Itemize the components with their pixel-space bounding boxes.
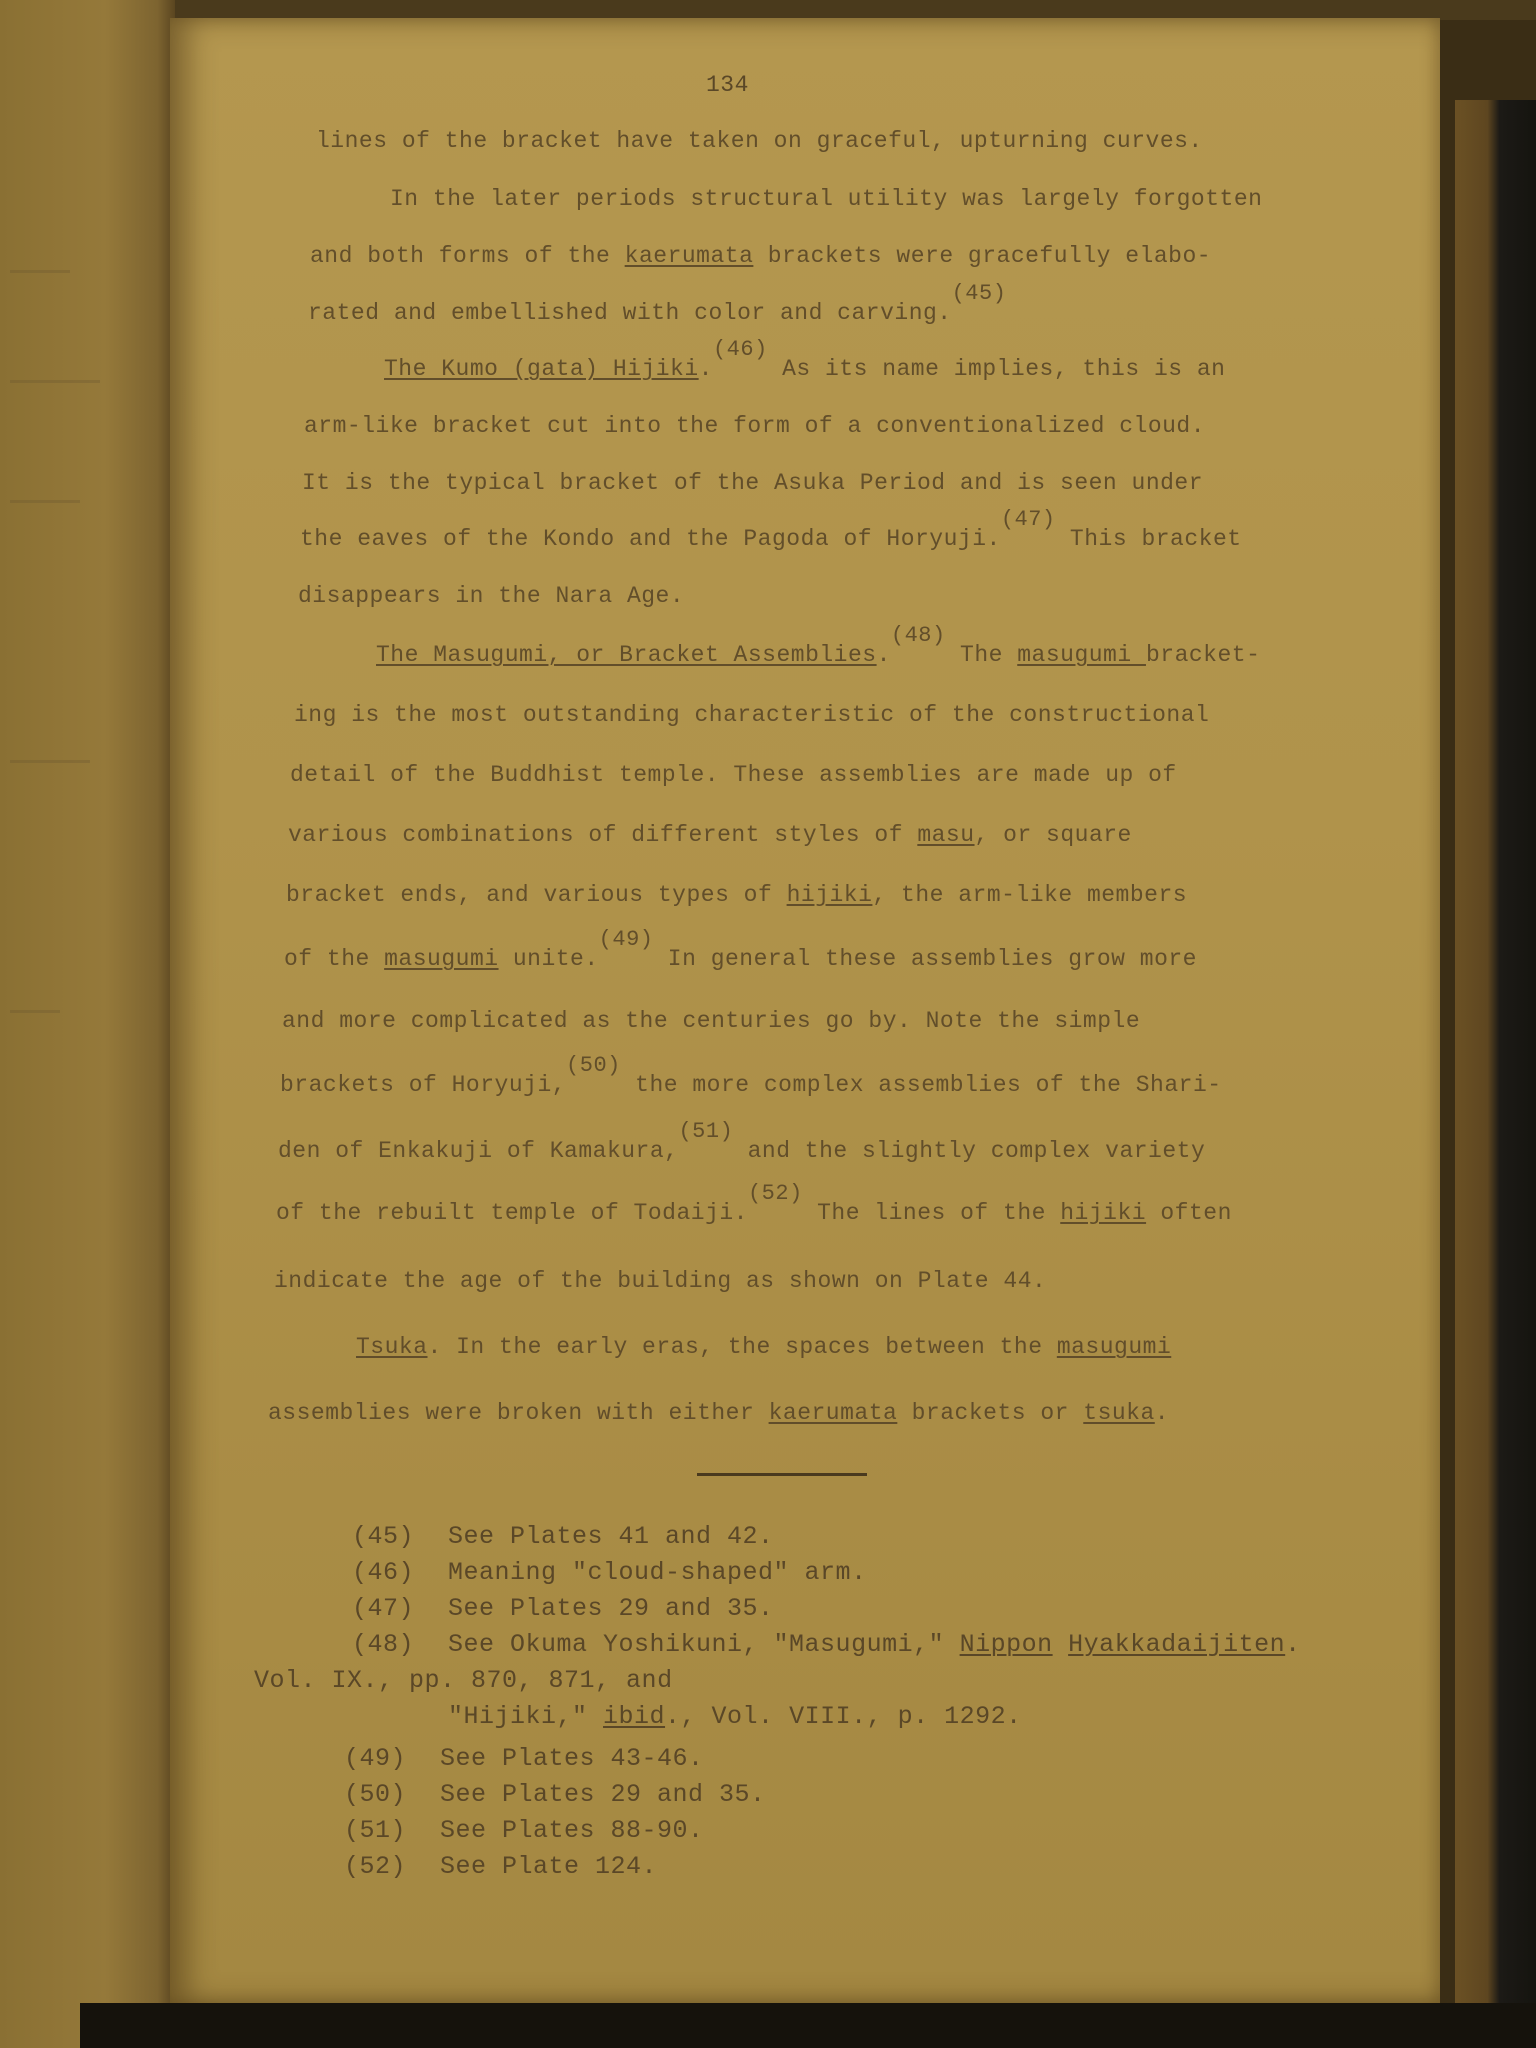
footnote-reference: (49): [599, 927, 654, 952]
underlined-term: The Masugumi, or Bracket Assemblies: [376, 642, 877, 668]
text-run: often: [1146, 1200, 1232, 1226]
body-line: bracket ends, and various types of hijik…: [286, 882, 1187, 908]
body-line: the eaves of the Kondo and the Pagoda of…: [300, 526, 1242, 552]
body-line: of the masugumi unite.(49) In general th…: [284, 946, 1197, 972]
body-line: lines of the bracket have taken on grace…: [316, 128, 1203, 154]
footnote-reference: (46): [713, 337, 768, 362]
text-run: In general these assemblies grow more: [653, 946, 1197, 972]
body-line: It is the typical bracket of the Asuka P…: [302, 470, 1203, 496]
text-run: indicate the age of the building as show…: [274, 1268, 1046, 1294]
text-run: .: [877, 642, 891, 668]
text-run: bracket-: [1146, 642, 1260, 668]
text-run: disappears in the Nara Age.: [298, 583, 684, 609]
footnote: "Hijiki," ibid., Vol. VIII., p. 1292.: [448, 1702, 1022, 1731]
underlined-term: kaerumata: [625, 243, 754, 269]
text-run: of the rebuilt temple of Todaiji.: [276, 1200, 748, 1226]
text-run: The: [946, 642, 1018, 668]
underlined-term: ibid: [603, 1702, 665, 1731]
footnote-reference: (50): [566, 1053, 621, 1078]
text-run: See Plates 41 and 42.: [448, 1522, 774, 1551]
underlined-term: masugumi: [1057, 1334, 1171, 1360]
text-run: "Hijiki,": [448, 1702, 603, 1731]
page-number: 134: [706, 72, 749, 98]
text-run: and both forms of the: [310, 243, 625, 269]
underlined-term: tsuka: [1083, 1400, 1155, 1426]
footnote: Vol. IX., pp. 870, 871, and: [254, 1666, 673, 1695]
text-run: rated and embellished with color and car…: [308, 300, 952, 326]
text-run: , the arm-like members: [872, 882, 1187, 908]
text-run: ing is the most outstanding characterist…: [294, 702, 1209, 728]
body-line: arm-like bracket cut into the form of a …: [304, 413, 1205, 439]
text-run: lines of the bracket have taken on grace…: [316, 128, 1203, 154]
body-line: and both forms of the kaerumata brackets…: [310, 243, 1211, 269]
underlined-term: Tsuka: [356, 1334, 428, 1360]
underlined-term: hijiki: [787, 882, 873, 908]
underlined-term: hijiki: [1060, 1200, 1146, 1226]
footnote: (49)See Plates 43-46.: [344, 1744, 704, 1773]
footnote-number: (50): [344, 1780, 440, 1809]
footnote: (52)See Plate 124.: [344, 1852, 657, 1881]
footnote-separator: [697, 1473, 867, 1476]
body-line: The Kumo (gata) Hijiki.(46) As its name …: [384, 356, 1225, 382]
underlined-term: Hyakkadaijiten: [1068, 1630, 1285, 1659]
footnote: (47)See Plates 29 and 35.: [352, 1594, 774, 1623]
text-run: . In the early eras, the spaces between …: [428, 1334, 1057, 1360]
footnote-reference: (52): [748, 1181, 803, 1206]
footnote-number: (46): [352, 1558, 448, 1587]
footnote-number: (48): [352, 1630, 448, 1659]
footnote: (51)See Plates 88-90.: [344, 1816, 704, 1845]
body-line: assemblies were broken with either kaeru…: [268, 1400, 1169, 1426]
footnote-number: (51): [344, 1816, 440, 1845]
text-run: the eaves of the Kondo and the Pagoda of…: [300, 526, 1001, 552]
footnote: (45)See Plates 41 and 42.: [352, 1522, 774, 1551]
text-run: In the later periods structural utility …: [390, 186, 1262, 212]
text-run: See Plates 88-90.: [440, 1816, 704, 1845]
text-run: and more complicated as the centuries go…: [282, 1008, 1140, 1034]
footnote-reference: (48): [891, 623, 946, 648]
text-run: the more complex assemblies of the Shari…: [621, 1072, 1222, 1098]
body-line: disappears in the Nara Age.: [298, 583, 684, 609]
text-run: arm-like bracket cut into the form of a …: [304, 413, 1205, 439]
underlined-term: masugumi: [384, 946, 498, 972]
underlined-term: masu: [917, 822, 974, 848]
underlined-term: kaerumata: [769, 1400, 898, 1426]
footnote-reference: (45): [952, 281, 1007, 306]
text-run: Meaning "cloud-shaped" arm.: [448, 1558, 867, 1587]
body-line: ing is the most outstanding characterist…: [294, 702, 1209, 728]
text-run: various combinations of different styles…: [288, 822, 917, 848]
text-run: See Plates 29 and 35.: [448, 1594, 774, 1623]
body-line: of the rebuilt temple of Todaiji.(52) Th…: [276, 1200, 1232, 1226]
text-run: .: [699, 356, 713, 382]
text-run: [1053, 1630, 1069, 1659]
text-run: , or square: [975, 822, 1132, 848]
footnote: (48)See Okuma Yoshikuni, "Masugumi," Nip…: [352, 1630, 1301, 1659]
footnote-number: (49): [344, 1744, 440, 1773]
photo-scene: 134 lines of the bracket have taken on g…: [0, 0, 1536, 2048]
body-line: and more complicated as the centuries go…: [282, 1008, 1140, 1034]
body-line: brackets of Horyuji,(50) the more comple…: [280, 1072, 1222, 1098]
footnote-number: (45): [352, 1522, 448, 1551]
text-run: Vol. IX., pp. 870, 871, and: [254, 1666, 673, 1695]
text-run: See Plate 124.: [440, 1852, 657, 1881]
text-run: The lines of the: [803, 1200, 1060, 1226]
text-run: den of Enkakuji of Kamakura,: [278, 1138, 678, 1164]
text-run: of the: [284, 946, 384, 972]
body-line: In the later periods structural utility …: [390, 186, 1262, 212]
text-run: See Okuma Yoshikuni, "Masugumi,": [448, 1630, 960, 1659]
text-run: See Plates 43-46.: [440, 1744, 704, 1773]
page-text: 134 lines of the bracket have taken on g…: [0, 0, 1536, 2048]
body-line: detail of the Buddhist temple. These ass…: [290, 762, 1177, 788]
footnote-number: (52): [344, 1852, 440, 1881]
text-run: assemblies were broken with either: [268, 1400, 769, 1426]
text-run: See Plates 29 and 35.: [440, 1780, 766, 1809]
text-run: .: [1285, 1630, 1301, 1659]
text-run: brackets or: [897, 1400, 1083, 1426]
underlined-term: Nippon: [960, 1630, 1053, 1659]
text-run: and the slightly complex variety: [733, 1138, 1205, 1164]
text-run: brackets were gracefully elabo-: [753, 243, 1211, 269]
text-run: This bracket: [1056, 526, 1242, 552]
text-run: .: [1155, 1400, 1169, 1426]
footnote-number: (47): [352, 1594, 448, 1623]
body-line: rated and embellished with color and car…: [308, 300, 1006, 326]
text-run: brackets of Horyuji,: [280, 1072, 566, 1098]
text-run: unite.: [499, 946, 599, 972]
text-run: detail of the Buddhist temple. These ass…: [290, 762, 1177, 788]
text-run: As its name implies, this is an: [768, 356, 1226, 382]
footnote-reference: (51): [678, 1119, 733, 1144]
body-line: various combinations of different styles…: [288, 822, 1132, 848]
underlined-term: masugumi: [1017, 642, 1146, 668]
body-line: den of Enkakuji of Kamakura,(51) and the…: [278, 1138, 1205, 1164]
footnote: (50)See Plates 29 and 35.: [344, 1780, 766, 1809]
text-run: bracket ends, and various types of: [286, 882, 787, 908]
footnote: (46)Meaning "cloud-shaped" arm.: [352, 1558, 867, 1587]
text-run: ., Vol. VIII., p. 1292.: [665, 1702, 1022, 1731]
text-run: It is the typical bracket of the Asuka P…: [302, 470, 1203, 496]
footnote-reference: (47): [1001, 507, 1056, 532]
body-line: The Masugumi, or Bracket Assemblies.(48)…: [376, 642, 1260, 668]
body-line: indicate the age of the building as show…: [274, 1268, 1046, 1294]
body-line: Tsuka. In the early eras, the spaces bet…: [356, 1334, 1171, 1360]
underlined-term: The Kumo (gata) Hijiki: [384, 356, 699, 382]
